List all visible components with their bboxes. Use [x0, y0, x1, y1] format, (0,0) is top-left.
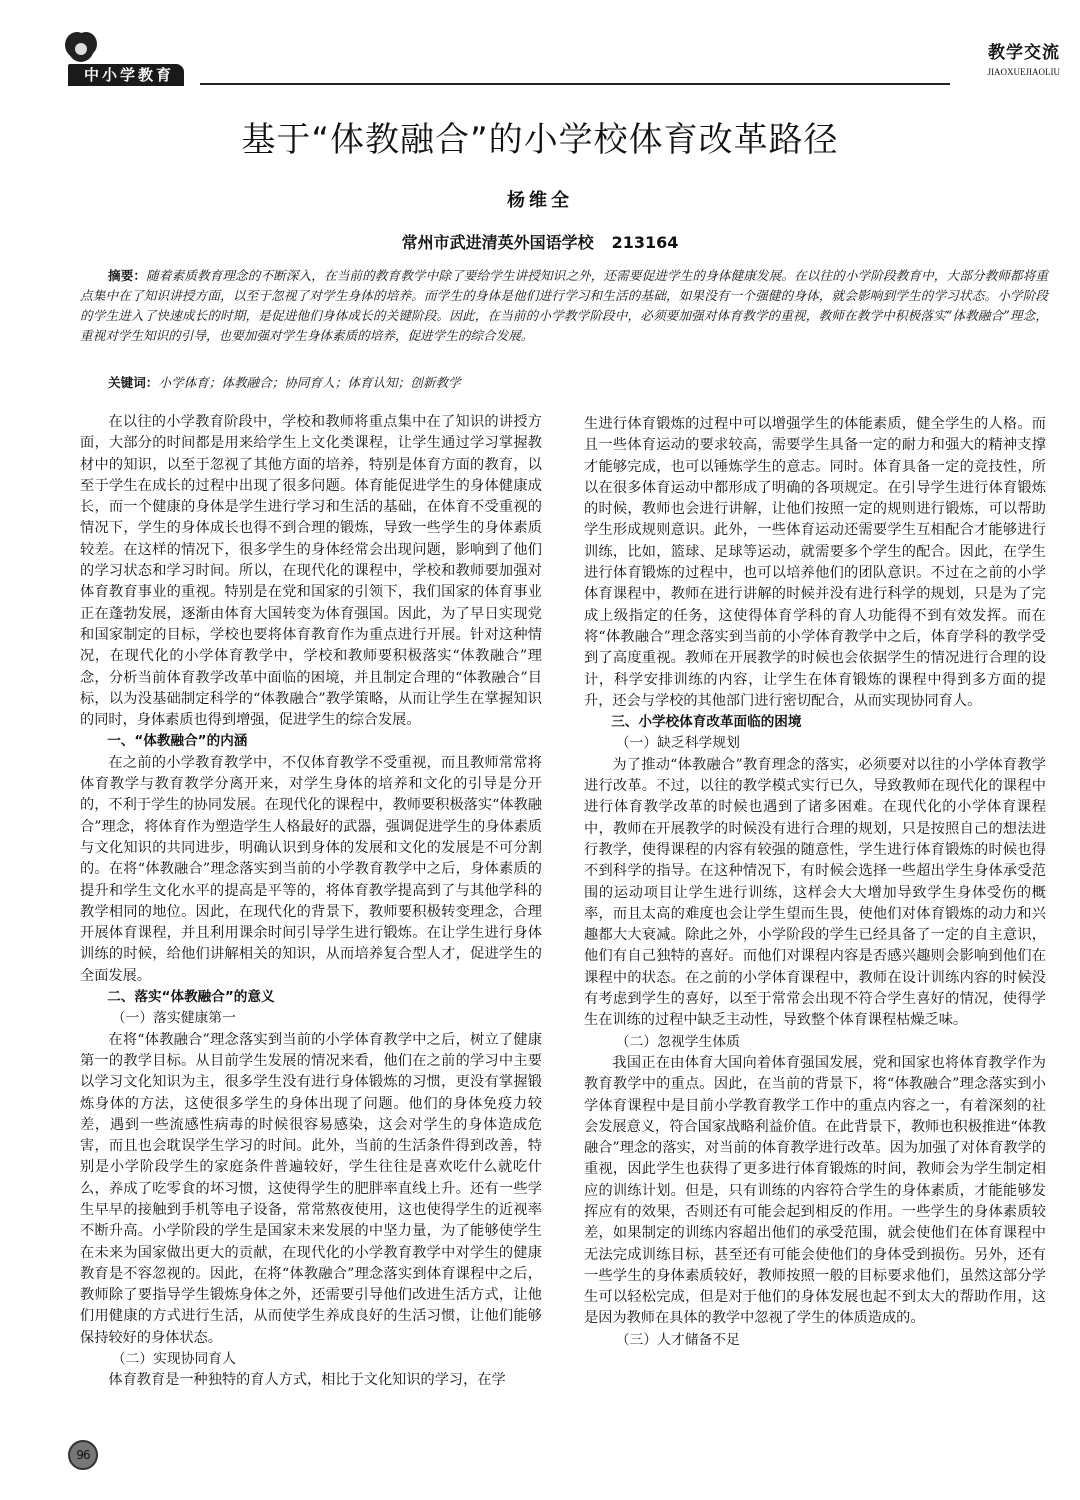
- heading-1: 一、“体教融合”的内涵: [80, 731, 542, 752]
- journal-logo: 中小学教育: [60, 30, 210, 90]
- page-number: 96: [68, 1440, 98, 1470]
- postcode: 213164: [612, 233, 679, 252]
- intro-paragraph: 在以往的小学教育阶段中，学校和教师将重点集中在了知识的讲授方面，大部分的时间都是…: [80, 412, 542, 731]
- section-3-2-paragraph: 我国正在由体育大国向着体育强国发展，党和国家也将体育教学作为教育教学中的重点。因…: [584, 1053, 1046, 1330]
- right-column: 生进行体育锻炼的过程中可以增强学生的体能素质，健全学生的人格。而且一些体育运动的…: [584, 414, 1046, 1351]
- keywords: 关键词：小学体育；体教融合；协同育人；体育认知；创新教学: [108, 372, 461, 391]
- journal-name: 中小学教育: [68, 64, 184, 86]
- section-1-paragraph: 在之前的小学教育教学中，不仅体育教学不受重视，而且教师常常将体育教学与教育教学分…: [80, 753, 542, 987]
- abstract-label: 摘要：: [108, 268, 146, 283]
- subheading-3-2: （二）忽视学生体质: [584, 1032, 1046, 1053]
- abstract: 摘要：随着素质教育理念的不断深入，在当前的教育教学中除了要给学生讲授知识之外，还…: [80, 266, 1048, 346]
- heading-2: 二、落实“体教融合”的意义: [80, 987, 542, 1008]
- section-tag-en: JIAOXUEJIAOLIU: [988, 67, 1061, 77]
- section-tag-cn: 教学交流: [988, 38, 1061, 63]
- subheading-2-1: （一）落实健康第一: [80, 1008, 542, 1029]
- section-tag: 教学交流 JIAOXUEJIAOLIU: [988, 38, 1061, 77]
- subheading-3-3: （三）人才储备不足: [584, 1330, 1046, 1351]
- keywords-text: 小学体育；体教融合；协同育人；体育认知；创新教学: [158, 375, 460, 390]
- section-2-1-paragraph: 在将“体教融合”理念落实到当前的小学体育教学中之后，树立了健康第一的教学目标。从…: [80, 1030, 542, 1349]
- subheading-3-1: （一）缺乏科学规划: [584, 733, 1046, 754]
- abstract-text: 随着素质教育理念的不断深入，在当前的教育教学中除了要给学生讲授知识之外，还需要促…: [80, 268, 1048, 343]
- subheading-2-2: （二）实现协同育人: [80, 1349, 542, 1370]
- header-rule: [200, 83, 950, 85]
- page-header: 中小学教育 教学交流 JIAOXUEJIAOLIU: [60, 30, 1060, 90]
- heading-3: 三、小学校体育改革面临的困境: [584, 712, 1046, 733]
- author-name: 杨维全: [0, 186, 1080, 212]
- affiliation-school: 常州市武进清英外国语学校: [402, 233, 594, 252]
- section-3-1-paragraph: 为了推动“体教融合”教育理念的落实，必须要对以往的小学体育教学进行改革。不过，以…: [584, 755, 1046, 1032]
- article-title: 基于“体教融合”的小学校体育改革路径: [0, 112, 1080, 161]
- cartoon-mascot-icon: [68, 34, 94, 62]
- keywords-label: 关键词：: [108, 375, 158, 390]
- section-2-2-paragraph-cont: 生进行体育锻炼的过程中可以增强学生的体能素质，健全学生的人格。而且一些体育运动的…: [584, 414, 1046, 712]
- left-column: 在以往的小学教育阶段中，学校和教师将重点集中在了知识的讲授方面，大部分的时间都是…: [80, 412, 542, 1392]
- section-2-2-paragraph-start: 体育教育是一种独特的育人方式，相比于文化知识的学习，在学: [80, 1370, 542, 1391]
- affiliation: 常州市武进清英外国语学校213164: [0, 230, 1080, 253]
